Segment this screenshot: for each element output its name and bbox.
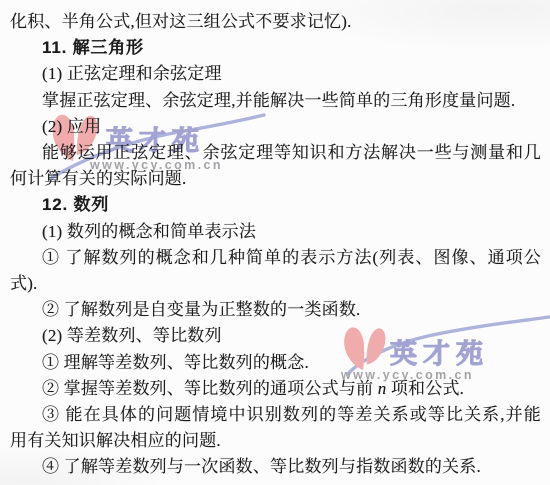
text-line: (1) 数列的概念和简单表示法 <box>10 219 541 245</box>
text-segment: 12. 数列 <box>42 195 109 214</box>
text-segment: 用有关知识解决相应的问题. <box>10 431 221 450</box>
section-heading: 11. 解三角形 <box>10 35 541 61</box>
text-line: (2) 等差数列、等比数列 <box>10 323 541 349</box>
text-segment: ① 了解数列的概念和几种简单的表示方法(列表、图像、通项公 <box>42 248 541 267</box>
text-line: (2) 应用 <box>10 114 541 140</box>
scanned-document-page: 英才苑 www.ycy.com.cn 英才苑 www.ycy.com.cn 化积… <box>0 0 550 485</box>
text-line: 用有关知识解决相应的问题. <box>10 428 541 454</box>
text-line: 掌握正弦定理、余弦定理,并能解决一些简单的三角形度量问题. <box>10 88 541 114</box>
text-segment: 何计算有关的实际问题. <box>10 169 186 188</box>
text-line: ② 掌握等差数列、等比数列的通项公式与前 n 项和公式. <box>10 376 541 402</box>
text-segment: 11. 解三角形 <box>42 38 144 57</box>
text-segment: (1) 正弦定理和余弦定理 <box>42 64 222 83</box>
text-segment: ② 掌握等差数列、等比数列的通项公式与前 <box>42 379 378 398</box>
text-segment: (2) 应用 <box>42 117 101 136</box>
text-segment: ② 了解数列是自变量为正整数的一类函数. <box>42 300 361 319</box>
document-body: 化积、半角公式,但对这三组公式不要求记忆).11. 解三角形(1) 正弦定理和余… <box>10 9 541 481</box>
text-segment: ③ 能在具体的问题情境中识别数列的等差关系或等比关系,并能 <box>42 405 541 424</box>
text-segment: (2) 等差数列、等比数列 <box>42 326 222 345</box>
text-segment: 能够运用正弦定理、余弦定理等知识和方法解决一些与测量和几 <box>42 143 541 162</box>
text-line: 式). <box>10 271 541 297</box>
text-segment: 化积、半角公式,但对这三组公式不要求记忆). <box>10 12 352 31</box>
text-segment: 式). <box>10 274 38 293</box>
text-line: ① 理解等差数列、等比数列的概念. <box>10 350 541 376</box>
text-line: ③ 能在具体的问题情境中识别数列的等差关系或等比关系,并能 <box>10 402 541 428</box>
text-line: 何计算有关的实际问题. <box>10 166 541 192</box>
text-segment: ① 理解等差数列、等比数列的概念. <box>42 353 309 372</box>
text-line: ② 了解数列是自变量为正整数的一类函数. <box>10 297 541 323</box>
text-line: ① 了解数列的概念和几种简单的表示方法(列表、图像、通项公 <box>10 245 541 271</box>
text-line: (1) 正弦定理和余弦定理 <box>10 61 541 87</box>
text-segment: (1) 数列的概念和简单表示法 <box>42 222 256 241</box>
text-segment: 项和公式. <box>386 379 464 398</box>
section-heading: 12. 数列 <box>10 192 541 218</box>
text-line: ④ 了解等差数列与一次函数、等比数列与指数函数的关系. <box>10 454 541 480</box>
text-line: 化积、半角公式,但对这三组公式不要求记忆). <box>10 9 541 35</box>
text-line: 能够运用正弦定理、余弦定理等知识和方法解决一些与测量和几 <box>10 140 541 166</box>
text-segment: ④ 了解等差数列与一次函数、等比数列与指数函数的关系. <box>42 457 481 476</box>
text-segment: 掌握正弦定理、余弦定理,并能解决一些简单的三角形度量问题. <box>42 91 515 110</box>
